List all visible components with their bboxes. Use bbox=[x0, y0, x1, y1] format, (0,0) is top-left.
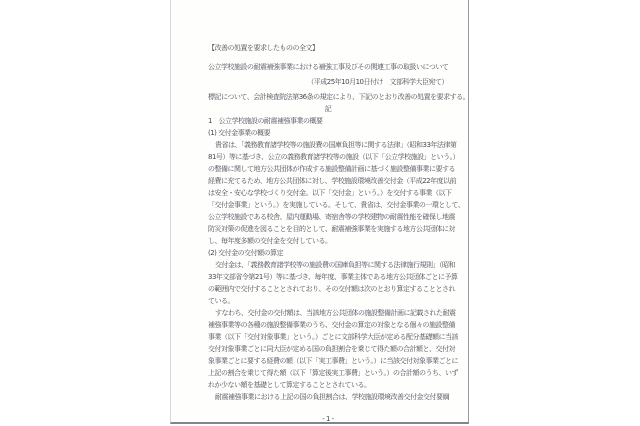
doc-line: の整備に関して地方公共団体が作成する施設整備計画に基づく施設整備事業に要する bbox=[208, 163, 448, 175]
doc-line: 33年文部省令第21号）等に基づき、毎年度、事業主体である地方公共団体ごとに予算 bbox=[208, 271, 448, 283]
doc-request-line: 標記について、会計検査院法第36条の規定により、下記のとおり改善の処置を要求する… bbox=[208, 91, 448, 103]
doc-line: 耐震補強事業における上記の国の負担割合は、学校施設環境改善交付金交付要綱 bbox=[208, 391, 448, 403]
doc-line: し、毎年度多額の交付金を交付している。 bbox=[208, 235, 448, 247]
doc-line: は安全・安心な学校づくり交付金。以下「交付金」という。）を交付する事業（以下 bbox=[208, 187, 448, 199]
doc-line: れか少ない額を基礎として算定することとされている。 bbox=[208, 379, 448, 391]
page-content: 【改善の処置を要求したものの全文】 公立学校施設の耐震補強事業における補強工事及… bbox=[171, 0, 468, 425]
doc-line: 貴省は、「義務教育諸学校等の施設費の国庫負担等に関する法律」（昭和33年法律第 bbox=[208, 139, 448, 151]
doc-line: 防災対策の促進を図ることを目的として、耐震補強事業を実施する地方公共団体に対 bbox=[208, 223, 448, 235]
doc-subject: 公立学校施設の耐震補強事業における補強工事及びその関連工事の取扱いについて bbox=[208, 61, 448, 73]
scan-page: 【改善の処置を要求したものの全文】 公立学校施設の耐震補強事業における補強工事及… bbox=[170, 0, 469, 424]
page-number: - 1 - bbox=[208, 413, 448, 425]
doc-line: 公立学校施設である校舎、屋内運動場、寄宿舎等の学校建物の耐震性能を確保し地震 bbox=[208, 211, 448, 223]
doc-line: 交付金は、「義務教育諸学校等の施設費の国庫負担等に関する法律施行規則」（昭和 bbox=[208, 259, 448, 271]
doc-title: 【改善の処置を要求したものの全文】 bbox=[208, 42, 448, 54]
doc-line: 事業（以下「交付対象事業」という。）ごとに文部科学大臣が定める配分基礎額に当該 bbox=[208, 331, 448, 343]
doc-line: 象事業ごとに要する経費の額（以下「実工事費」という。）に当該交付対象事業ごとに bbox=[208, 355, 448, 367]
section-1-heading: 1 公立学校施設の耐震補強事業の概要 bbox=[208, 115, 448, 127]
doc-record-marker: 記 bbox=[208, 103, 448, 115]
doc-line: の範囲内で交付することとされており、その交付額は次のとおり算定することとされ bbox=[208, 283, 448, 295]
subsection-2-heading: (2) 交付金の交付額の算定 bbox=[208, 247, 448, 259]
doc-line: 補強事業等の各種の施設整備事業のうち、交付金の算定の対象となる個々の施設整備 bbox=[208, 319, 448, 331]
doc-line: 81号）等に基づき、公立の義務教育諸学校等の施設（以下「公立学校施設」という。） bbox=[208, 151, 448, 163]
doc-date-line: （平成25年10月10日付け 文部科学大臣宛て） bbox=[208, 76, 448, 88]
doc-line: 経費に充てるため、地方公共団体に対し、学校施設環境改善交付金（平成22年度以前 bbox=[208, 175, 448, 187]
doc-line: 交付対象事業ごとに同大臣が定める国の負担割合を乗じて得た額の合計額と、交付対 bbox=[208, 343, 448, 355]
doc-line: ている。 bbox=[208, 295, 448, 307]
subsection-1-heading: (1) 交付金事業の概要 bbox=[208, 127, 448, 139]
doc-line: すなわち、交付金の交付額は、当該地方公共団体の施設整備計画に記載された耐震 bbox=[208, 307, 448, 319]
doc-line: 「交付金事業」という。）を実施している。そして、貴省は、交付金事業の一環として、 bbox=[208, 199, 448, 211]
doc-line: 上記の割合を乗じて得た額（以下「算定後実工事費」という。）の合計額のうち、いず bbox=[208, 367, 448, 379]
